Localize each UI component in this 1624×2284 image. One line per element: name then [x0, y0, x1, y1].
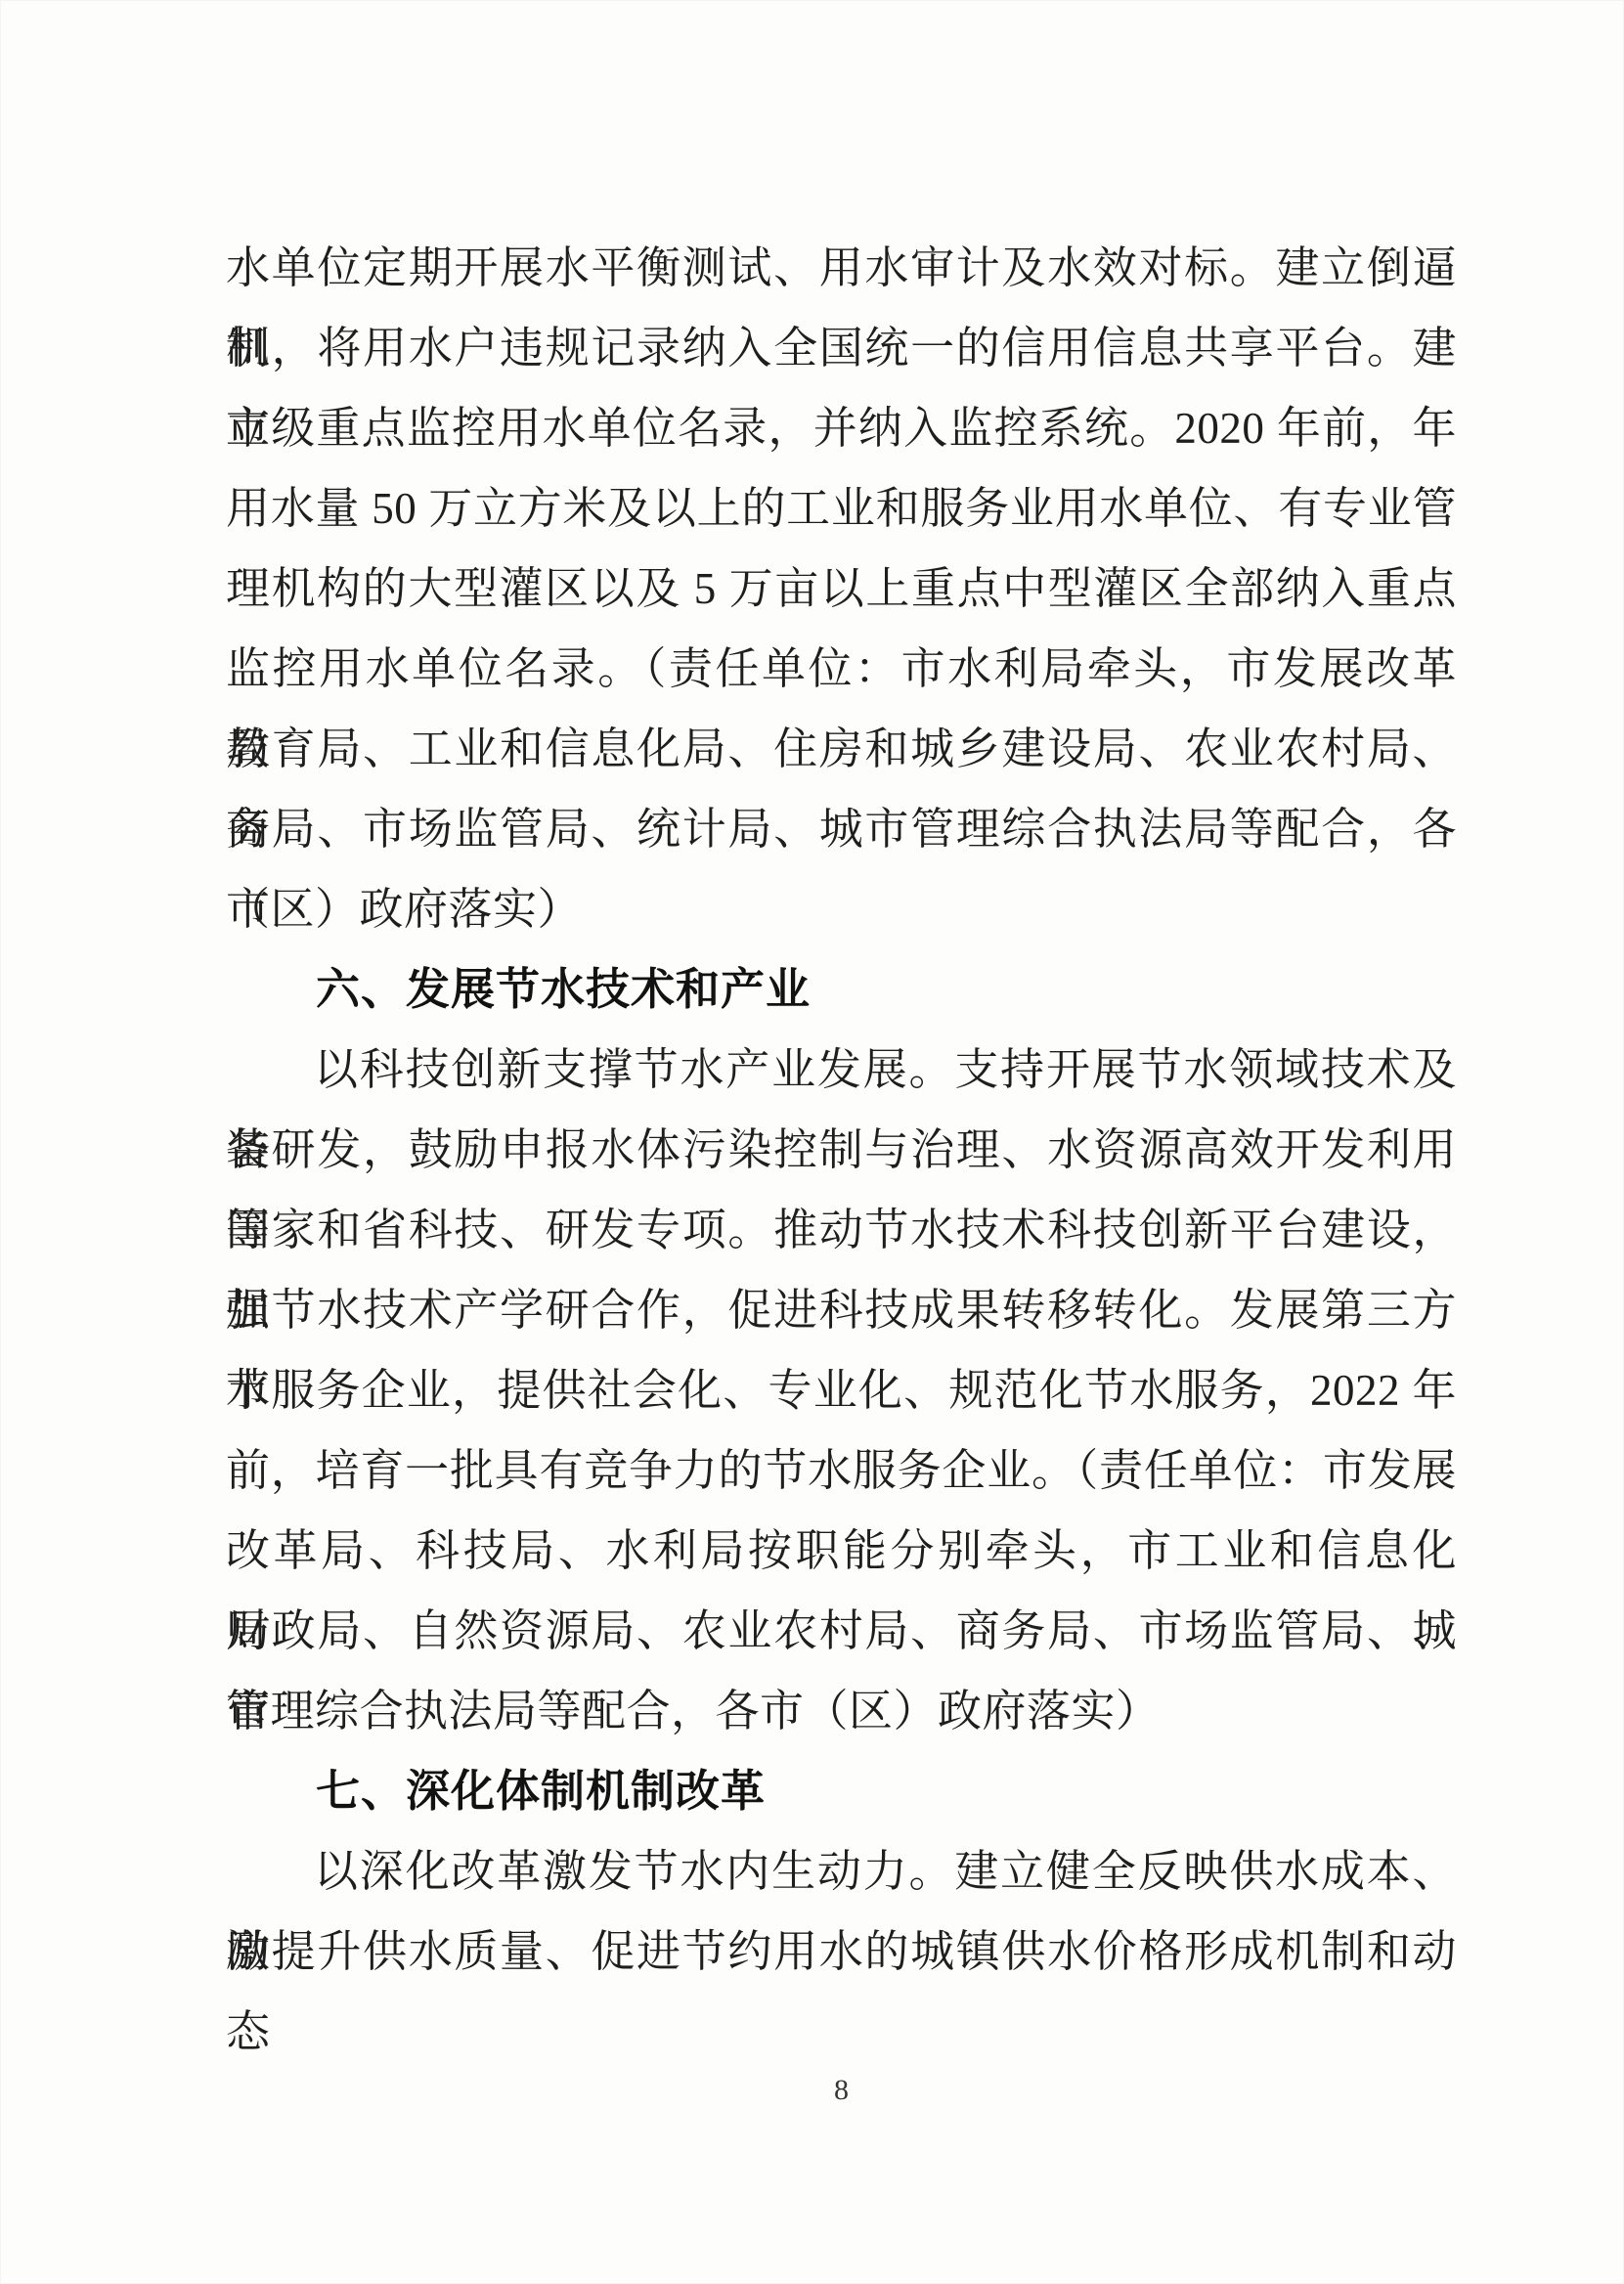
- body-line: 励提升供水质量、促进节约用水的城镇供水价格形成机制和动态: [226, 1911, 1457, 1992]
- body-line: 市级重点监控用水单位名录，并纳入监控系统。2020 年前，年: [226, 388, 1457, 468]
- body-line: 教育局、工业和信息化局、住房和城乡建设局、农业农村局、商: [226, 709, 1457, 789]
- body-line: 理机构的大型灌区以及 5 万亩以上重点中型灌区全部纳入重点: [226, 549, 1457, 629]
- body-line: 国家和省科技、研发专项。推动节水技术科技创新平台建设，加: [226, 1190, 1457, 1270]
- body-line: 制，将用水户违规记录纳入全国统一的信用信息共享平台。建立: [226, 308, 1457, 388]
- body-line: 改革局、科技局、水利局按职能分别牵头，市工业和信息化局、: [226, 1511, 1457, 1591]
- paragraph-first-line: 以深化改革激发节水内生动力。建立健全反映供水成本、激: [226, 1831, 1457, 1911]
- body-line: 用水量 50 万立方米及以上的工业和服务业用水单位、有专业管: [226, 468, 1457, 549]
- section-heading-six: 六、发展节水技术和产业: [226, 949, 1457, 1030]
- page-number: 8: [226, 2069, 1457, 2112]
- body-line: 水单位定期开展水平衡测试、用水审计及水效对标。建立倒逼机: [226, 228, 1457, 308]
- body-line: 前，培育一批具有竞争力的节水服务企业。（责任单位：市发展: [226, 1430, 1457, 1511]
- document-page: 水单位定期开展水平衡测试、用水审计及水效对标。建立倒逼机 制，将用水户违规记录纳…: [0, 0, 1624, 2284]
- body-line: 强节水技术产学研合作，促进科技成果转移转化。发展第三方节: [226, 1270, 1457, 1350]
- paragraph-end-line: 管理综合执法局等配合，各市（区）政府落实）: [226, 1671, 1457, 1751]
- section-heading-seven: 七、深化体制机制改革: [226, 1751, 1457, 1831]
- body-line: 备研发，鼓励申报水体污染控制与治理、水资源高效开发利用等: [226, 1110, 1457, 1190]
- paragraph-first-line: 以科技创新支撑节水产业发展。支持开展节水领域技术及装: [226, 1030, 1457, 1110]
- body-line: 水服务企业，提供社会化、专业化、规范化节水服务，2022 年: [226, 1350, 1457, 1430]
- body-line: 财政局、自然资源局、农业农村局、商务局、市场监管局、城市: [226, 1591, 1457, 1671]
- paragraph-end-line: （区）政府落实）: [226, 869, 1457, 949]
- text-block: 水单位定期开展水平衡测试、用水审计及水效对标。建立倒逼机 制，将用水户违规记录纳…: [226, 228, 1457, 1992]
- body-line: 监控用水单位名录。（责任单位：市水利局牵头，市发展改革局、: [226, 629, 1457, 709]
- body-line: 务局、市场监管局、统计局、城市管理综合执法局等配合，各市: [226, 789, 1457, 869]
